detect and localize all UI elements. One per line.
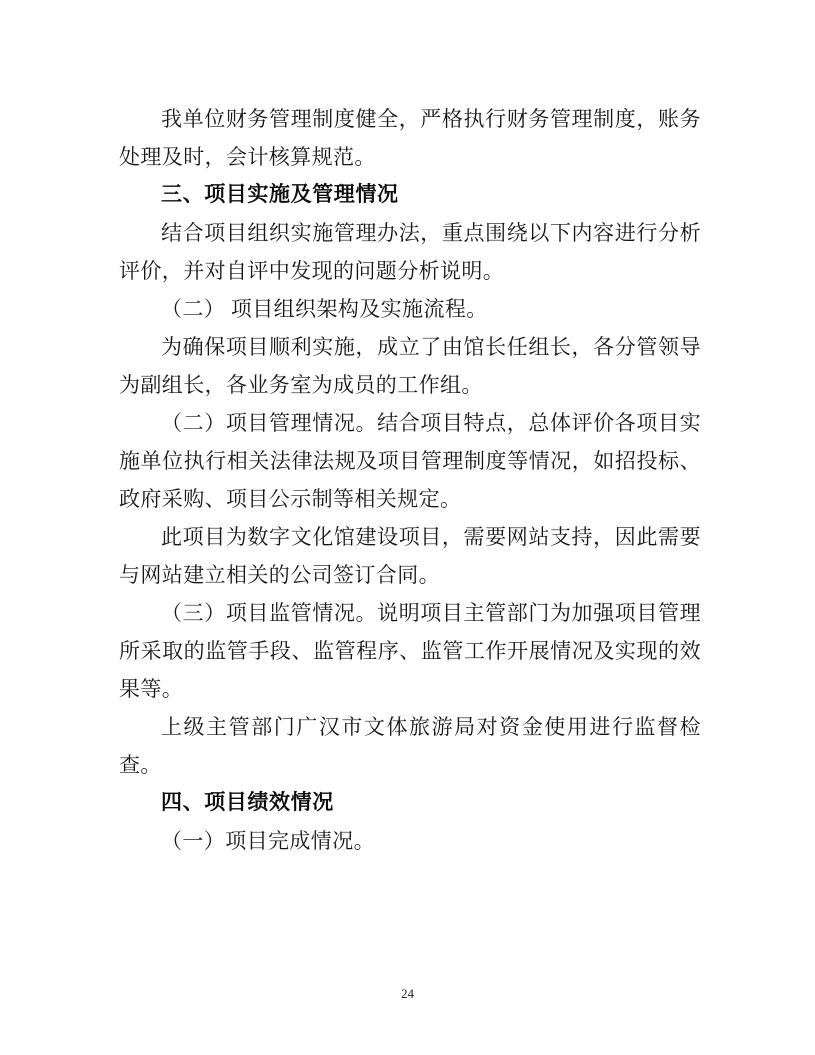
body-paragraph: 为确保项目顺利实施，成立了由馆长任组长，各分管领导为副组长，各业务室为成员的工作… <box>119 328 701 404</box>
document-body: 我单位财务管理制度健全，严格执行财务管理制度，账务处理及时，会计核算规范。三、项… <box>119 100 701 860</box>
body-paragraph: 我单位财务管理制度健全，严格执行财务管理制度，账务处理及时，会计核算规范。 <box>119 100 701 176</box>
body-paragraph: （一）项目完成情况。 <box>119 822 701 860</box>
body-paragraph: （三）项目监管情况。说明项目主管部门为加强项目管理所采取的监管手段、监管程序、监… <box>119 594 701 708</box>
body-paragraph: 上级主管部门广汉市文体旅游局对资金使用进行监督检查。 <box>119 708 701 784</box>
body-paragraph: （二）项目管理情况。结合项目特点，总体评价各项目实施单位执行相关法律法规及项目管… <box>119 404 701 518</box>
section-heading: 三、项目实施及管理情况 <box>119 176 701 214</box>
document-page: 我单位财务管理制度健全，严格执行财务管理制度，账务处理及时，会计核算规范。三、项… <box>0 0 815 1055</box>
section-heading: 四、项目绩效情况 <box>119 784 701 822</box>
body-paragraph: （二） 项目组织架构及实施流程。 <box>119 290 701 328</box>
page-number: 24 <box>0 986 815 1002</box>
body-paragraph: 此项目为数字文化馆建设项目，需要网站支持，因此需要与网站建立相关的公司签订合同。 <box>119 518 701 594</box>
body-paragraph: 结合项目组织实施管理办法，重点围绕以下内容进行分析评价，并对自评中发现的问题分析… <box>119 214 701 290</box>
